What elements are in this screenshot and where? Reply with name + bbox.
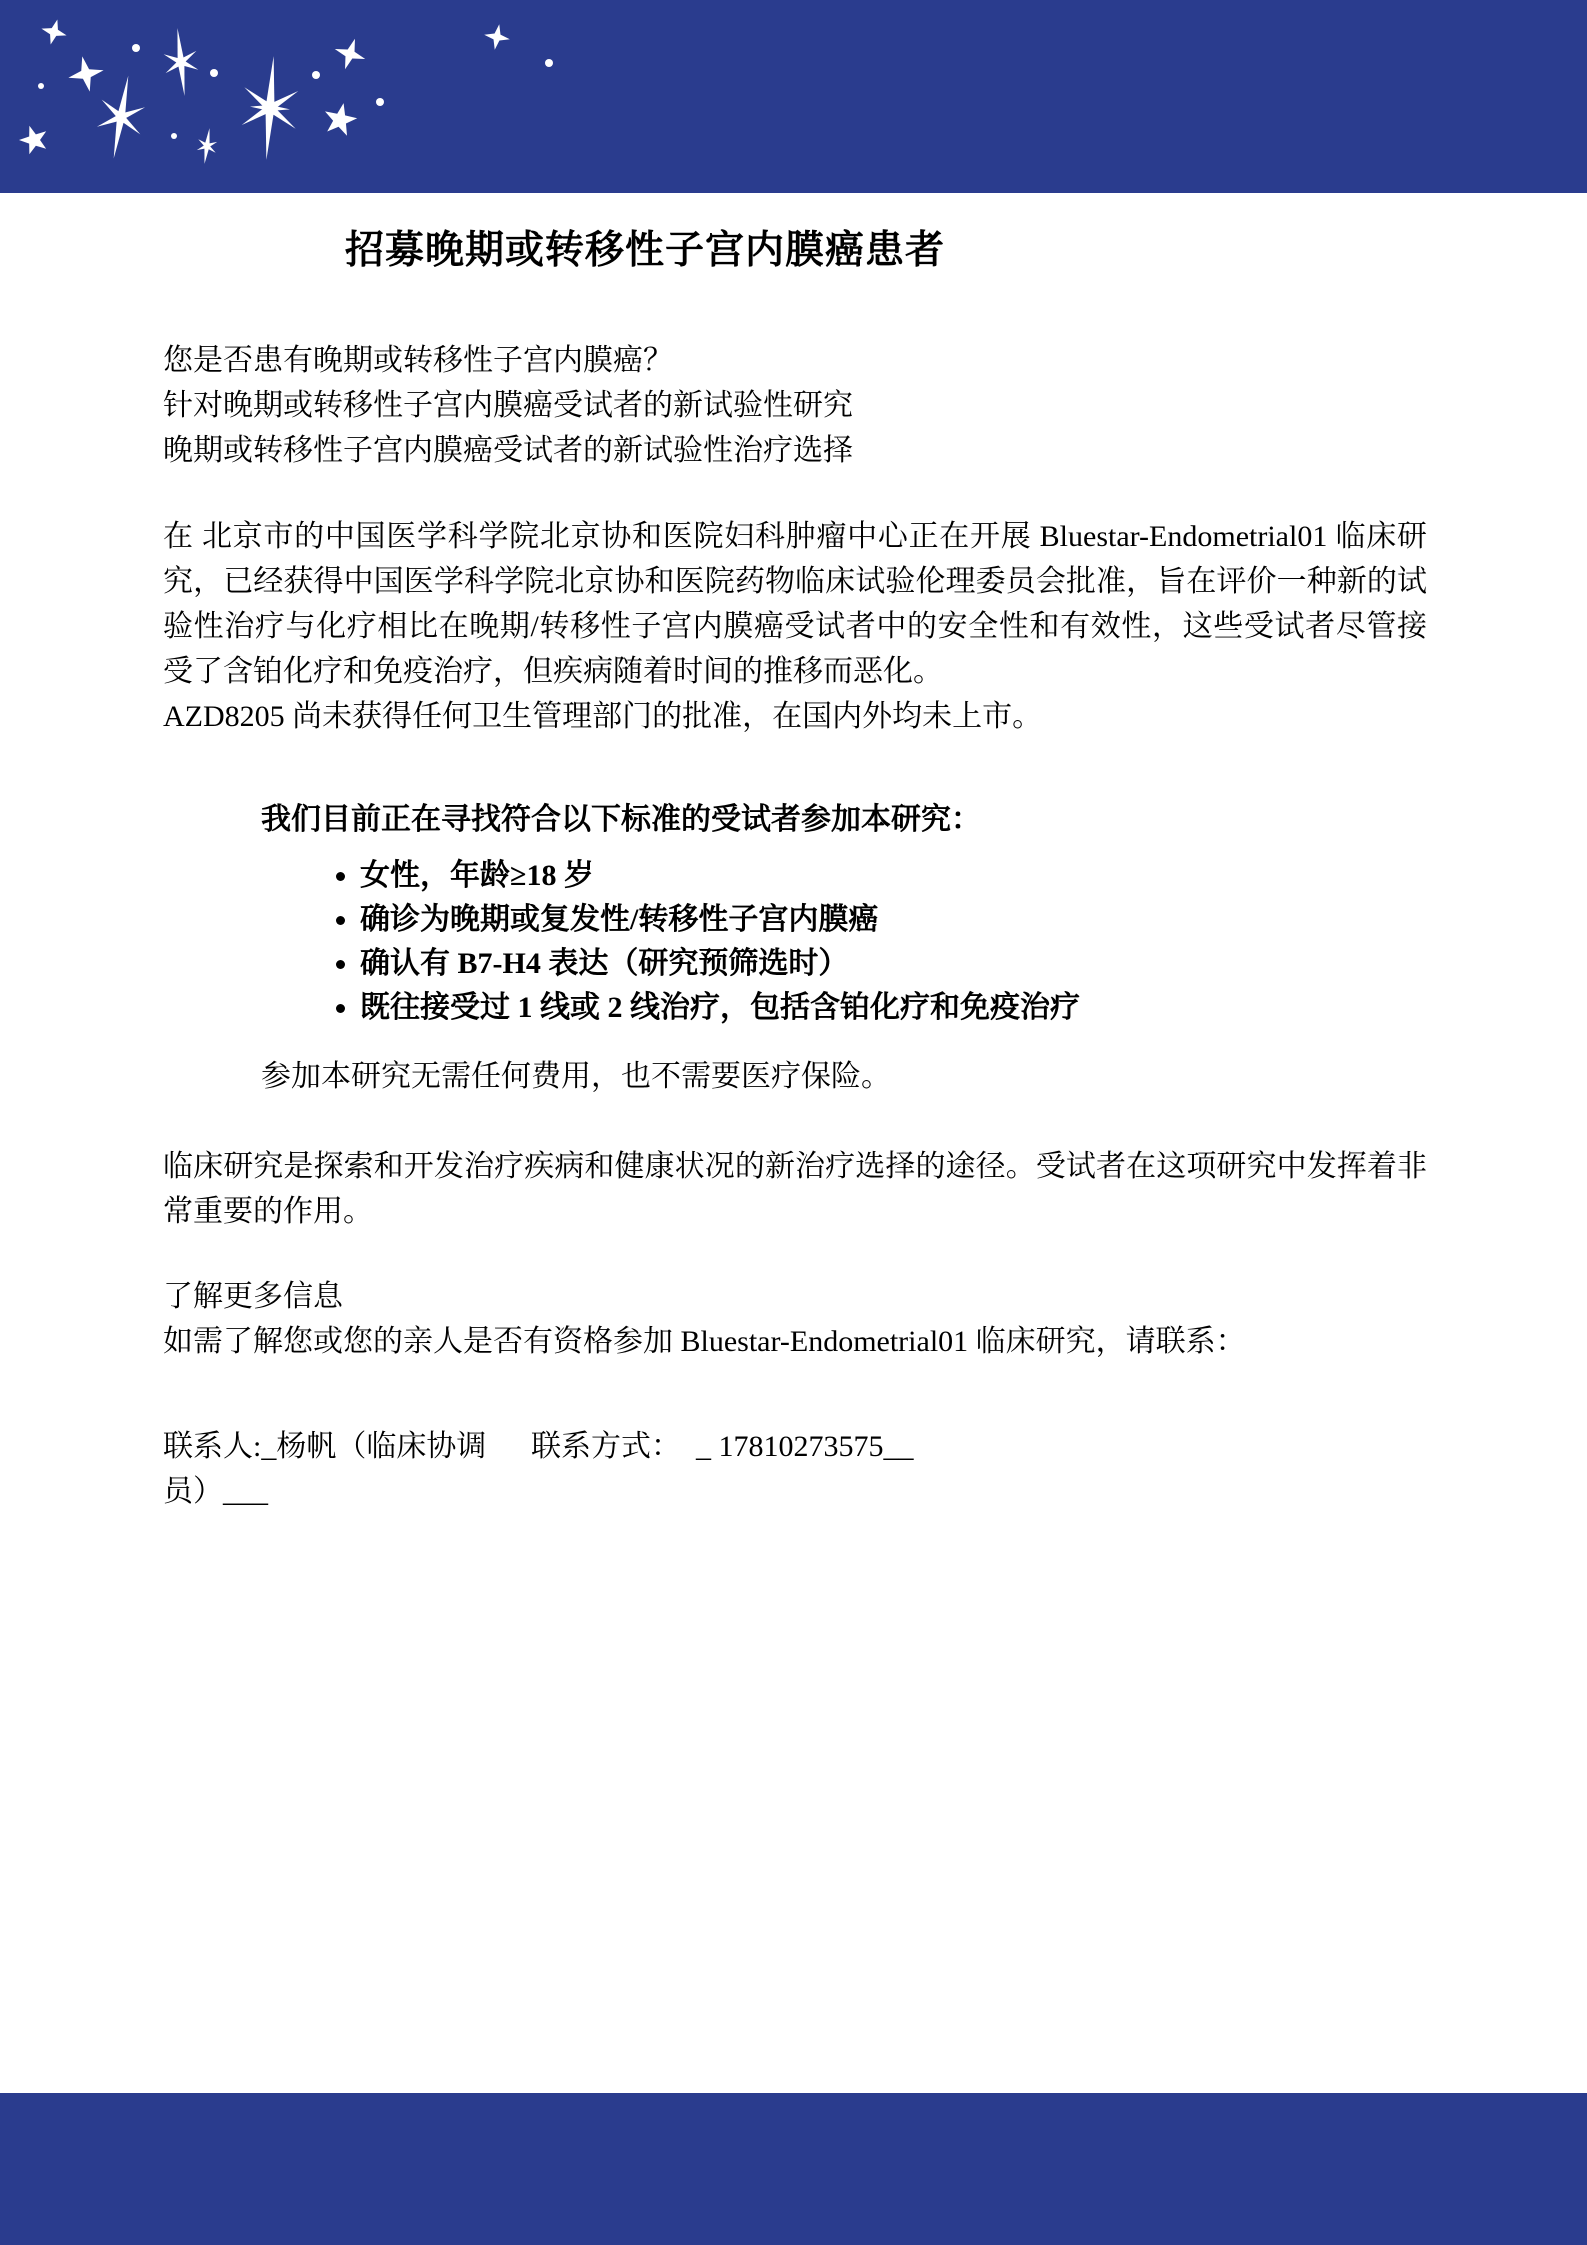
flyer-page: 招募晚期或转移性子宫内膜癌患者 您是否患有晚期或转移性子宫内膜癌？ 针对晚期或转… [0,0,1587,2245]
header-banner [0,0,1587,193]
footer-band [0,2093,1587,2245]
more-info-line: 如需了解您或您的亲人是否有资格参加 Bluestar-Endometrial01… [163,1319,1427,1364]
study-description: 在 北京市的中国医学科学院北京协和医院妇科肿瘤中心正在开展 Bluestar-E… [163,514,1427,694]
cost-note: 参加本研究无需任何费用，也不需要医疗保险。 [261,1054,1427,1099]
contact-row: 联系人:_杨帆（临床协调员）___ 联系方式： _ 17810273575__ [163,1424,1427,1514]
drug-status-note: AZD8205 尚未获得任何卫生管理部门的批准，在国内外均未上市。 [163,694,1427,739]
page-title: 招募晚期或转移性子宫内膜癌患者 [163,226,1127,276]
intro-line-1: 您是否患有晚期或转移性子宫内膜癌？ [163,338,1427,383]
criteria-heading: 我们目前正在寻找符合以下标准的受试者参加本研究： [261,797,1427,842]
about-clinical-research: 临床研究是探索和开发治疗疾病和健康状况的新治疗选择的途径。受试者在这项研究中发挥… [163,1144,1427,1234]
intro-line-3: 晚期或转移性子宫内膜癌受试者的新试验性治疗选择 [163,428,1427,473]
intro-block: 您是否患有晚期或转移性子宫内膜癌？ 针对晚期或转移性子宫内膜癌受试者的新试验性研… [163,338,1427,473]
flyer-content: 招募晚期或转移性子宫内膜癌患者 您是否患有晚期或转移性子宫内膜癌？ 针对晚期或转… [163,193,1427,1514]
more-info-heading: 了解更多信息 [163,1274,1427,1319]
criteria-list: 女性，年龄≥18 岁 确诊为晚期或复发性/转移性子宫内膜癌 确认有 B7-H4 … [163,854,1427,1030]
intro-line-2: 针对晚期或转移性子宫内膜癌受试者的新试验性研究 [163,383,1427,428]
stars-decoration [8,0,568,193]
contact-person: 联系人:_杨帆（临床协调员）___ [163,1424,531,1514]
criteria-item-3: 确认有 B7-H4 表达（研究预筛选时） [360,942,1427,986]
criteria-item-1: 女性，年龄≥18 岁 [360,854,1427,898]
criteria-item-2: 确诊为晚期或复发性/转移性子宫内膜癌 [360,898,1427,942]
contact-method: 联系方式： _ 17810273575__ [531,1424,914,1514]
criteria-item-4: 既往接受过 1 线或 2 线治疗，包括含铂化疗和免疫治疗 [360,986,1427,1030]
